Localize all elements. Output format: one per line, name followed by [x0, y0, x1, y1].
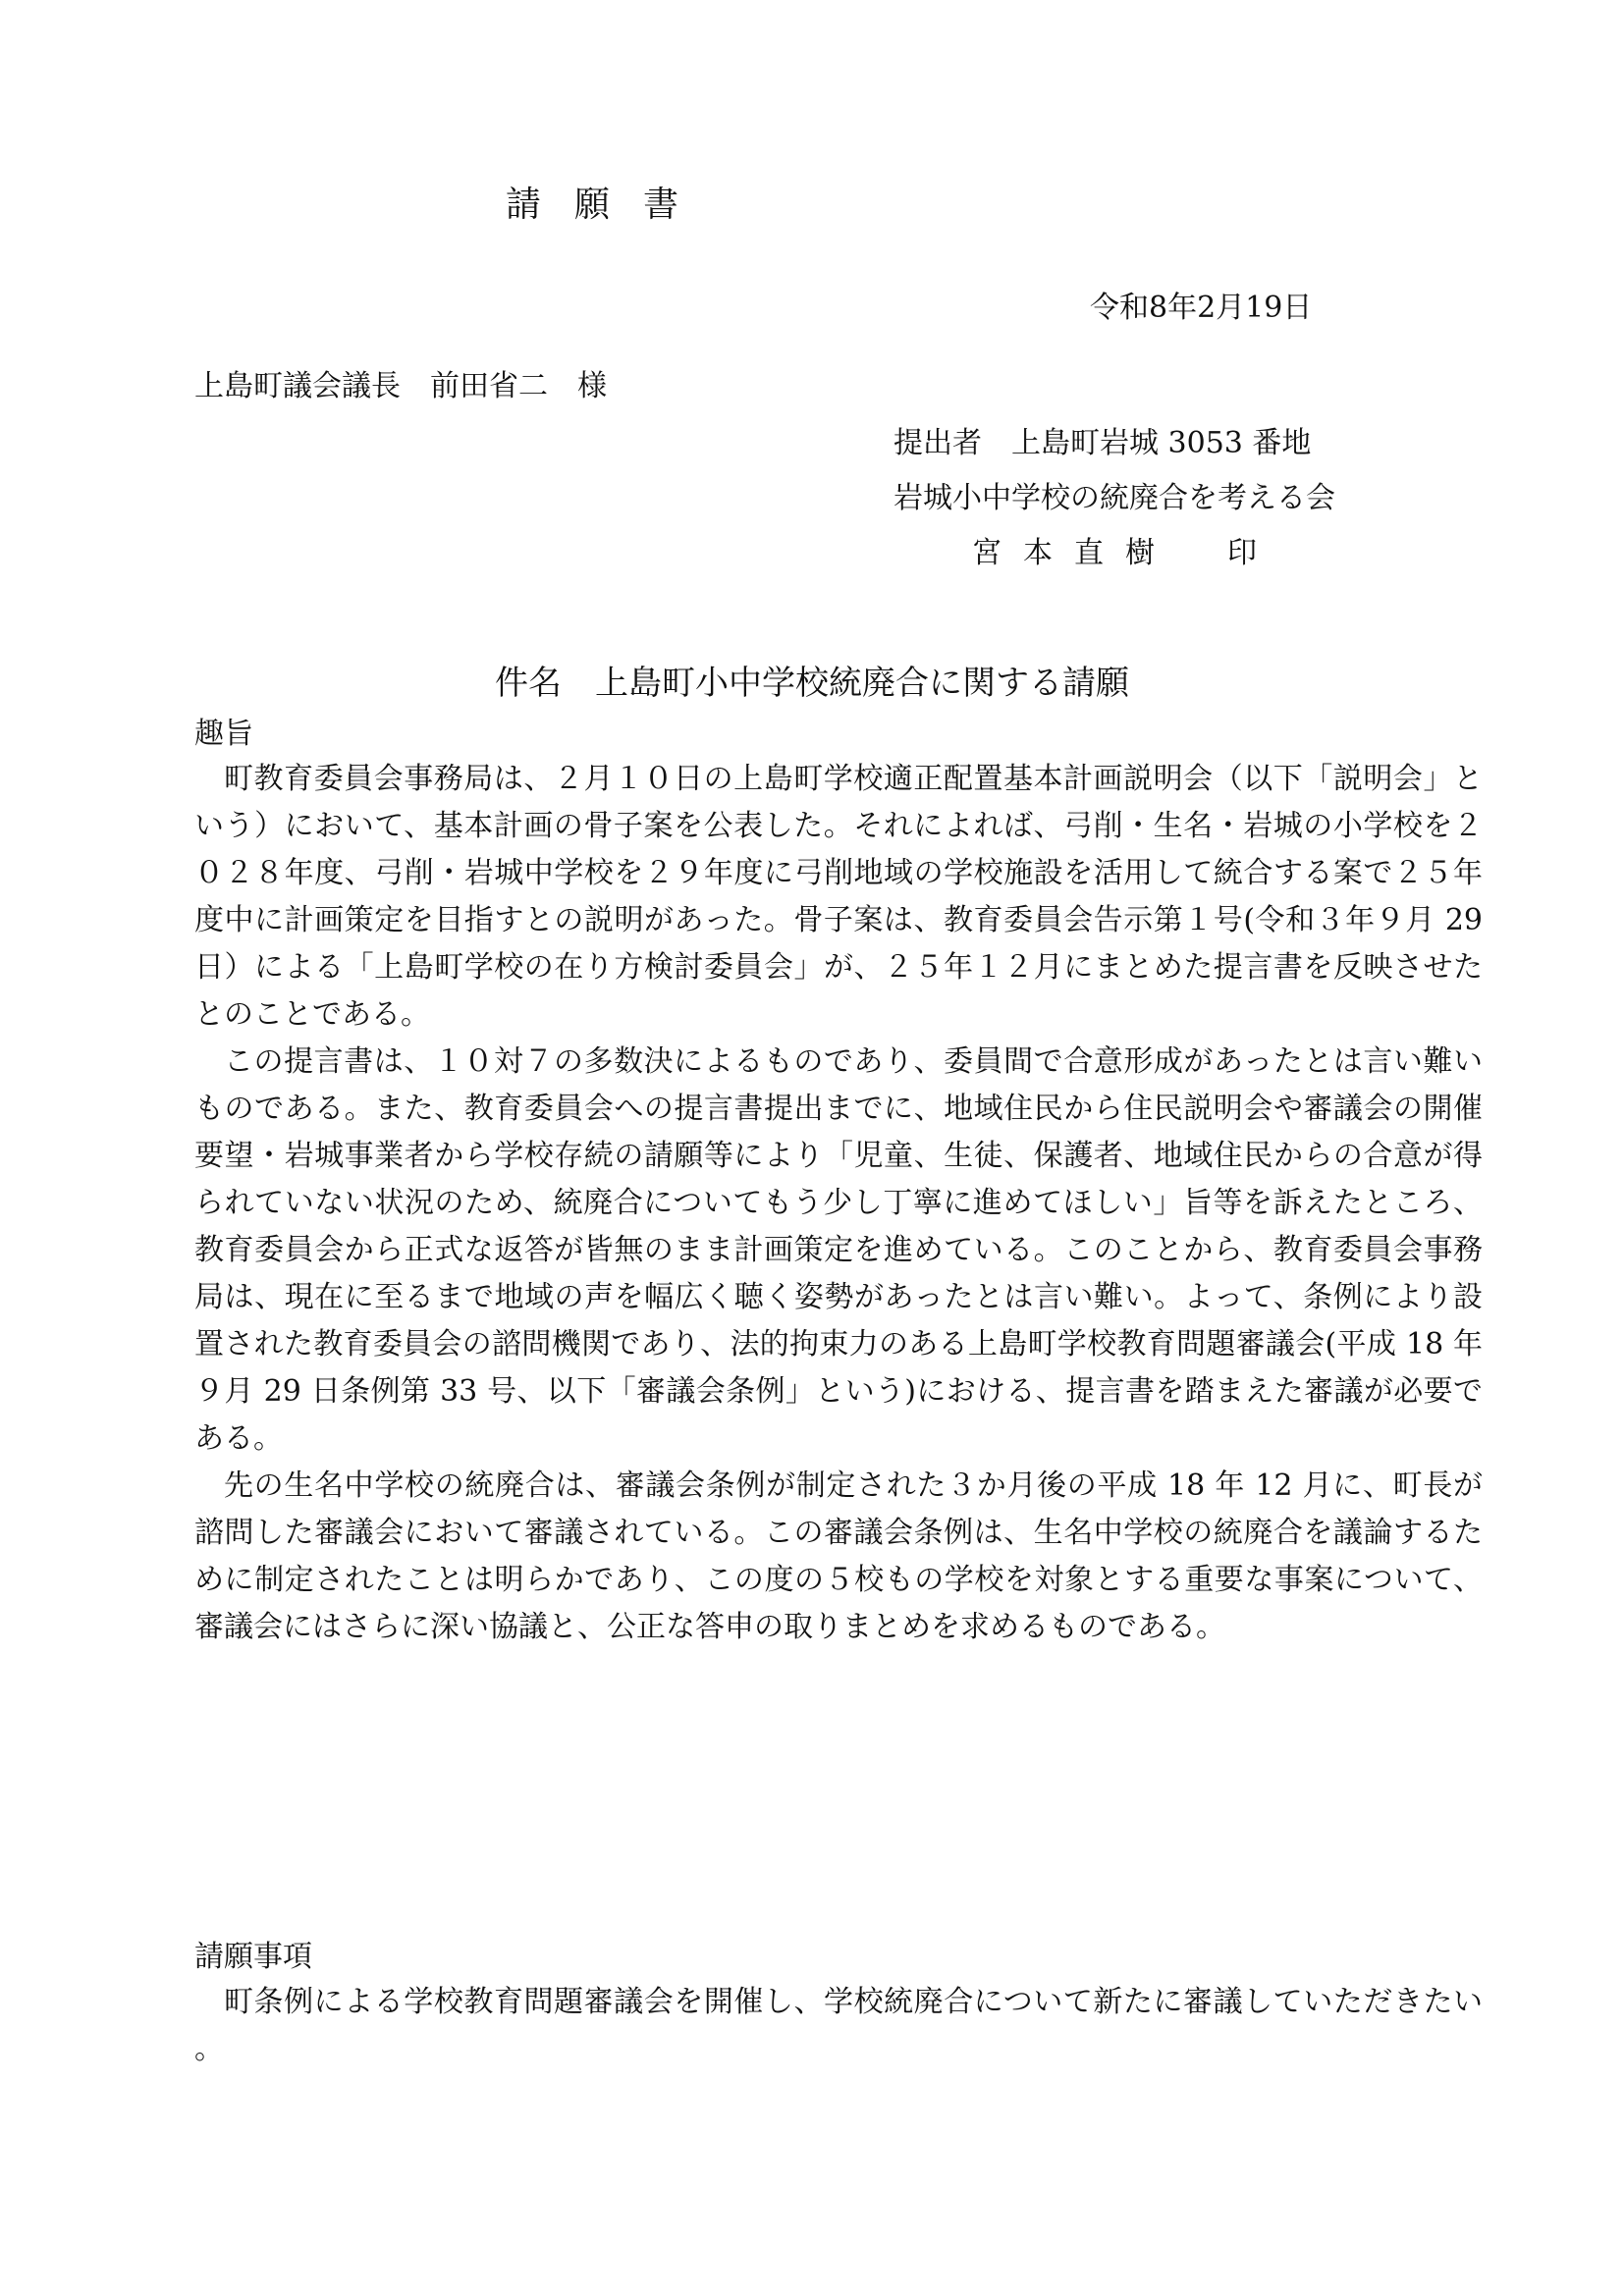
addressee: 上島町議会議長 前田省二 様 — [194, 361, 607, 404]
submitter-address: 提出者 上島町岩城 3053 番地 — [893, 418, 1311, 461]
submitter-name-seal: 宮本直樹 印 — [972, 528, 1278, 571]
purpose-paragraph: 先の生名中学校の統廃合は、審議会条例が制定された３か月後の平成 18 年 12 … — [194, 1463, 1483, 1651]
petition-subject: 件名 上島町小中学校統廃合に関する請願 — [0, 656, 1624, 704]
document-title: 請願書 — [0, 177, 1218, 227]
purpose-paragraph: この提言書は、１０対７の多数決によるものであり、委員間で合意形成があったとは言い… — [194, 1039, 1483, 1463]
petition-items-body: 町条例による学校教育問題審議会を開催し、学校統廃合について新たに審議していただき… — [194, 1979, 1483, 2073]
submitter-organization: 岩城小中学校の統廃合を考える会 — [893, 473, 1335, 516]
petition-item-paragraph: 町条例による学校教育問題審議会を開催し、学校統廃合について新たに審議していただき… — [194, 1979, 1483, 2073]
purpose-paragraph: 町教育委員会事務局は、２月１０日の上島町学校適正配置基本計画説明会（以下「説明会… — [194, 756, 1483, 1039]
document-date: 令和8年2月19日 — [1090, 283, 1312, 326]
purpose-heading: 趣旨 — [194, 709, 253, 752]
petition-items-heading: 請願事項 — [194, 1932, 312, 1975]
purpose-body: 町教育委員会事務局は、２月１０日の上島町学校適正配置基本計画説明会（以下「説明会… — [194, 756, 1483, 1651]
